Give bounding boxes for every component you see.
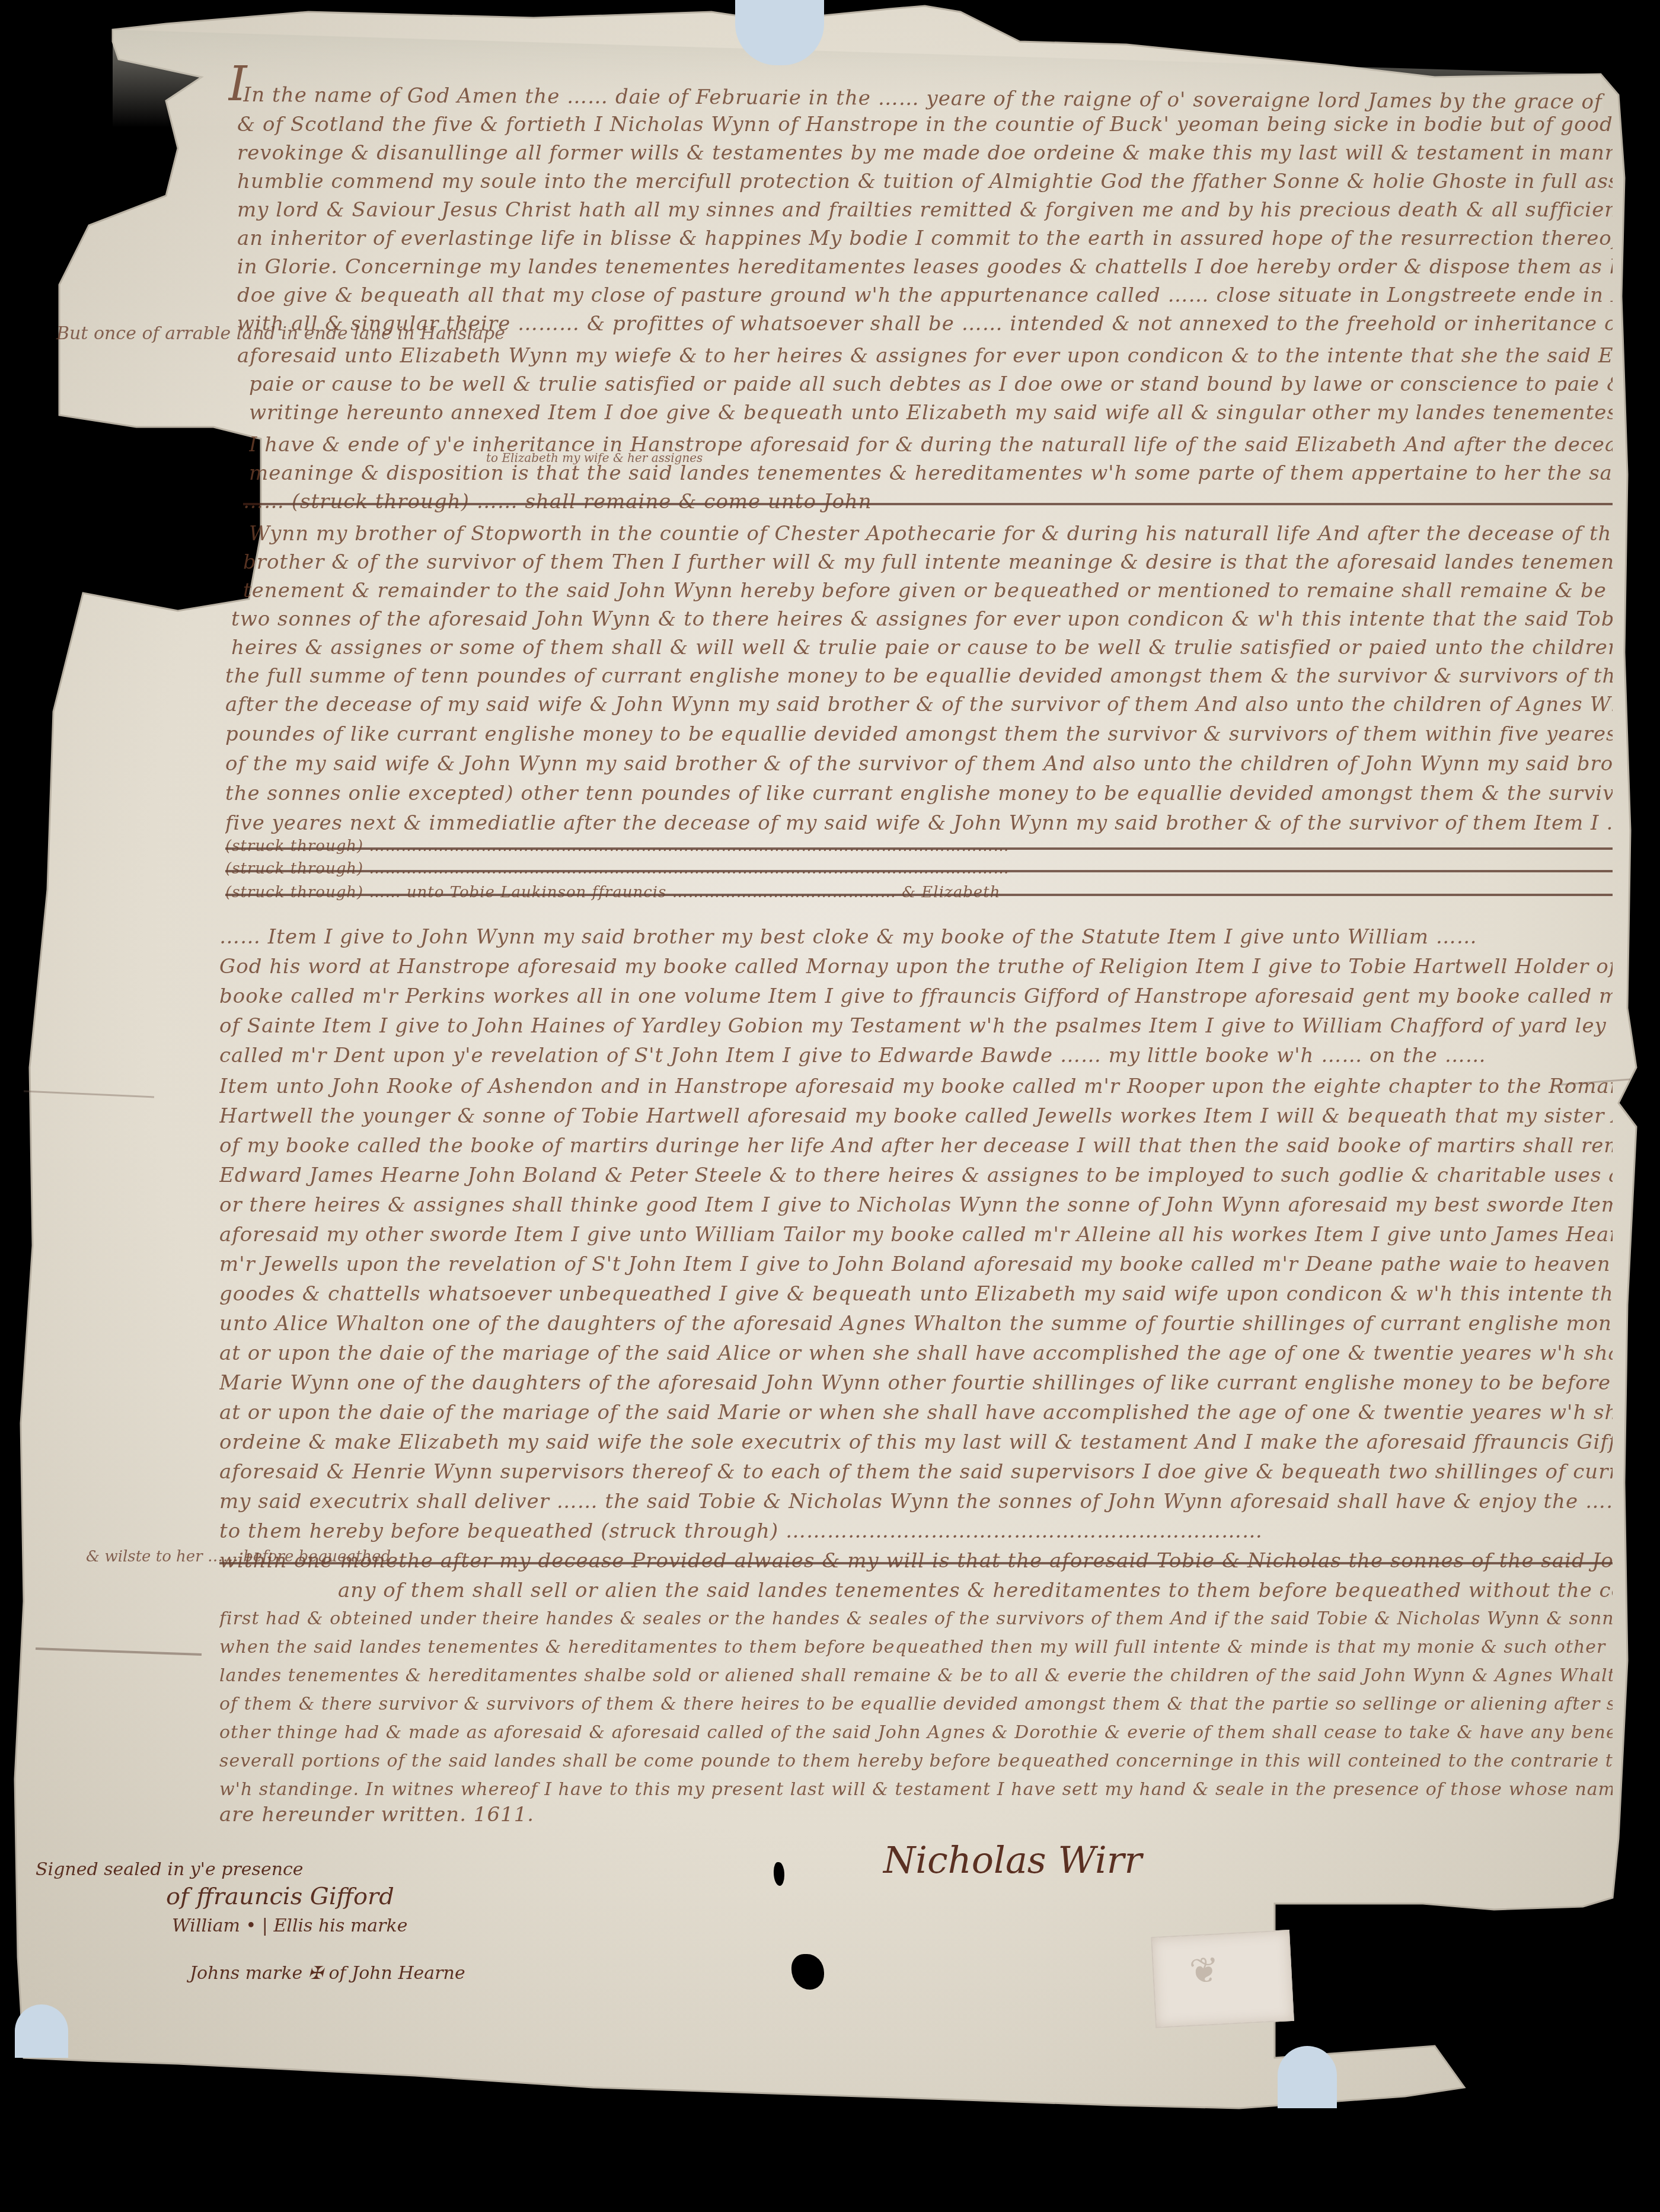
text-line: …… Item I give to John Wynn my said brot… bbox=[219, 925, 1613, 949]
text-line: two sonnes of the aforesaid John Wynn & … bbox=[231, 607, 1613, 631]
text-line: & of Scotland the five & fortieth I Nich… bbox=[237, 113, 1613, 136]
text-line: Marie Wynn one of the daughters of the a… bbox=[219, 1371, 1613, 1395]
text-line: In the name of God Amen the …… daie of F… bbox=[243, 83, 1607, 114]
text-line: poundes of like currant englishe money t… bbox=[225, 722, 1613, 746]
margin-note-top: But once of arrable land in ende lane in… bbox=[56, 323, 505, 344]
text-line: heires & assignes or some of them shall … bbox=[231, 636, 1613, 659]
text-line: of Sainte Item I give to John Haines of … bbox=[219, 1014, 1613, 1038]
text-line: at or upon the daie of the mariage of th… bbox=[219, 1401, 1613, 1424]
text-line: paie or cause to be well & trulie satisf… bbox=[249, 372, 1613, 396]
witness-francis-gifford: of ffrauncis Gifford bbox=[166, 1883, 394, 1910]
struck-text-line: (struck through) ……………………………………………………………… bbox=[225, 837, 1613, 855]
witness-william-ellis: William • | Ellis his marke bbox=[172, 1915, 408, 1936]
text-line: meaninge & disposition is that the said … bbox=[249, 461, 1613, 485]
text-line: revokinge & disanullinge all former will… bbox=[237, 141, 1613, 165]
struck-text-line: (struck through) …… unto Tobie Laukinson… bbox=[225, 884, 1613, 901]
text-line: aforesaid unto Elizabeth Wynn my wiefe &… bbox=[237, 344, 1613, 368]
text-line: humblie commend my soule into the mercif… bbox=[237, 170, 1613, 193]
struck-text-line: (struck through) ……………………………………………………………… bbox=[225, 860, 1613, 878]
text-line: brother & of the survivor of them Then I… bbox=[243, 550, 1613, 574]
text-line: m'r Jewells upon the revelation of S't J… bbox=[219, 1252, 1613, 1276]
text-line: Hartwell the younger & sonne of Tobie Ha… bbox=[219, 1104, 1613, 1128]
text-line: aforesaid my other sworde Item I give un… bbox=[219, 1223, 1613, 1247]
text-line: my said executrix shall deliver …… the s… bbox=[219, 1490, 1613, 1513]
text-line: booke called m'r Perkins workes all in o… bbox=[219, 984, 1613, 1008]
text-line: landes tenementes & hereditamentes shalb… bbox=[219, 1665, 1613, 1686]
text-line: God his word at Hanstrope aforesaid my b… bbox=[219, 955, 1613, 978]
text-line: unto Alice Whalton one of the daughters … bbox=[219, 1312, 1613, 1336]
interlinear-note: to Elizabeth my wife & her assignes bbox=[486, 451, 703, 465]
text-line: w'h standinge. In witnes whereof I have … bbox=[219, 1779, 1613, 1800]
text-line: tenement & remainder to the said John Wy… bbox=[243, 579, 1613, 603]
text-line: in Glorie. Concerninge my landes tenemen… bbox=[237, 255, 1613, 279]
text-line: or there heires & assignes shall thinke … bbox=[219, 1193, 1613, 1217]
text-line: five yeares next & immediatlie after the… bbox=[225, 811, 1613, 835]
text-line: when the said landes tenementes & heredi… bbox=[219, 1637, 1613, 1658]
text-line: the full summe of tenn poundes of curran… bbox=[225, 664, 1613, 688]
text-line: I have & ende of y'e inheritance in Hans… bbox=[249, 433, 1613, 457]
text-line: an inheritor of everlastinge life in bli… bbox=[237, 227, 1613, 250]
text-line: severall portions of the said landes sha… bbox=[219, 1751, 1613, 1771]
text-line: first had & obteined under theire handes… bbox=[219, 1608, 1613, 1629]
manuscript-body: I In the name of God Amen the …… daie of… bbox=[0, 0, 1660, 2212]
text-line: ordeine & make Elizabeth my said wife th… bbox=[219, 1430, 1613, 1454]
text-line: are hereunder written. 1611. bbox=[219, 1803, 1613, 1827]
text-line: Wynn my brother of Stopworth in the coun… bbox=[249, 522, 1613, 546]
text-line: the sonnes onlie excepted) other tenn po… bbox=[225, 782, 1613, 805]
text-line: goodes & chattells whatsoever unbequeath… bbox=[219, 1282, 1613, 1306]
text-line: Item unto John Rooke of Ashendon and in … bbox=[219, 1075, 1613, 1098]
text-line: after the decease of my said wife & John… bbox=[225, 693, 1613, 716]
text-line: Edward James Hearne John Boland & Peter … bbox=[219, 1164, 1613, 1187]
witness-john-hearne: Johns marke ✠ of John Hearne bbox=[190, 1963, 465, 1984]
struck-text-line: within one monethe after my decease Prov… bbox=[219, 1549, 1613, 1573]
struck-text-line: …… (struck through) …… shall remaine & c… bbox=[243, 490, 1613, 514]
manuscript-photo: ❦ I In the name of God Amen the …… daie … bbox=[0, 0, 1660, 2212]
text-line: of them & there survivor & survivors of … bbox=[219, 1694, 1613, 1714]
text-line: at or upon the daie of the mariage of th… bbox=[219, 1341, 1613, 1365]
text-line: any of them shall sell or alien the said… bbox=[338, 1579, 1613, 1602]
margin-note-lower: & wilste to her …… before bequeathed bbox=[86, 1548, 391, 1566]
text-line: writinge hereunto annexed Item I doe giv… bbox=[249, 401, 1613, 425]
text-line: of my booke called the booke of martirs … bbox=[219, 1134, 1613, 1158]
text-line: other thinge had & made as aforesaid & a… bbox=[219, 1722, 1613, 1743]
text-line: of the my said wife & John Wynn my said … bbox=[225, 752, 1613, 776]
text-line: doe give & bequeath all that my close of… bbox=[237, 283, 1613, 307]
testator-signature: Nicholas Wirr bbox=[883, 1838, 1142, 1882]
text-line: to them hereby before bequeathed (struck… bbox=[219, 1519, 1613, 1543]
attestation-label: Signed sealed in y'e presence bbox=[36, 1859, 304, 1880]
text-line: aforesaid & Henrie Wynn supervisors ther… bbox=[219, 1460, 1613, 1484]
text-line: called m'r Dent upon y'e revelation of S… bbox=[219, 1044, 1613, 1067]
text-line: my lord & Saviour Jesus Christ hath all … bbox=[237, 198, 1613, 222]
